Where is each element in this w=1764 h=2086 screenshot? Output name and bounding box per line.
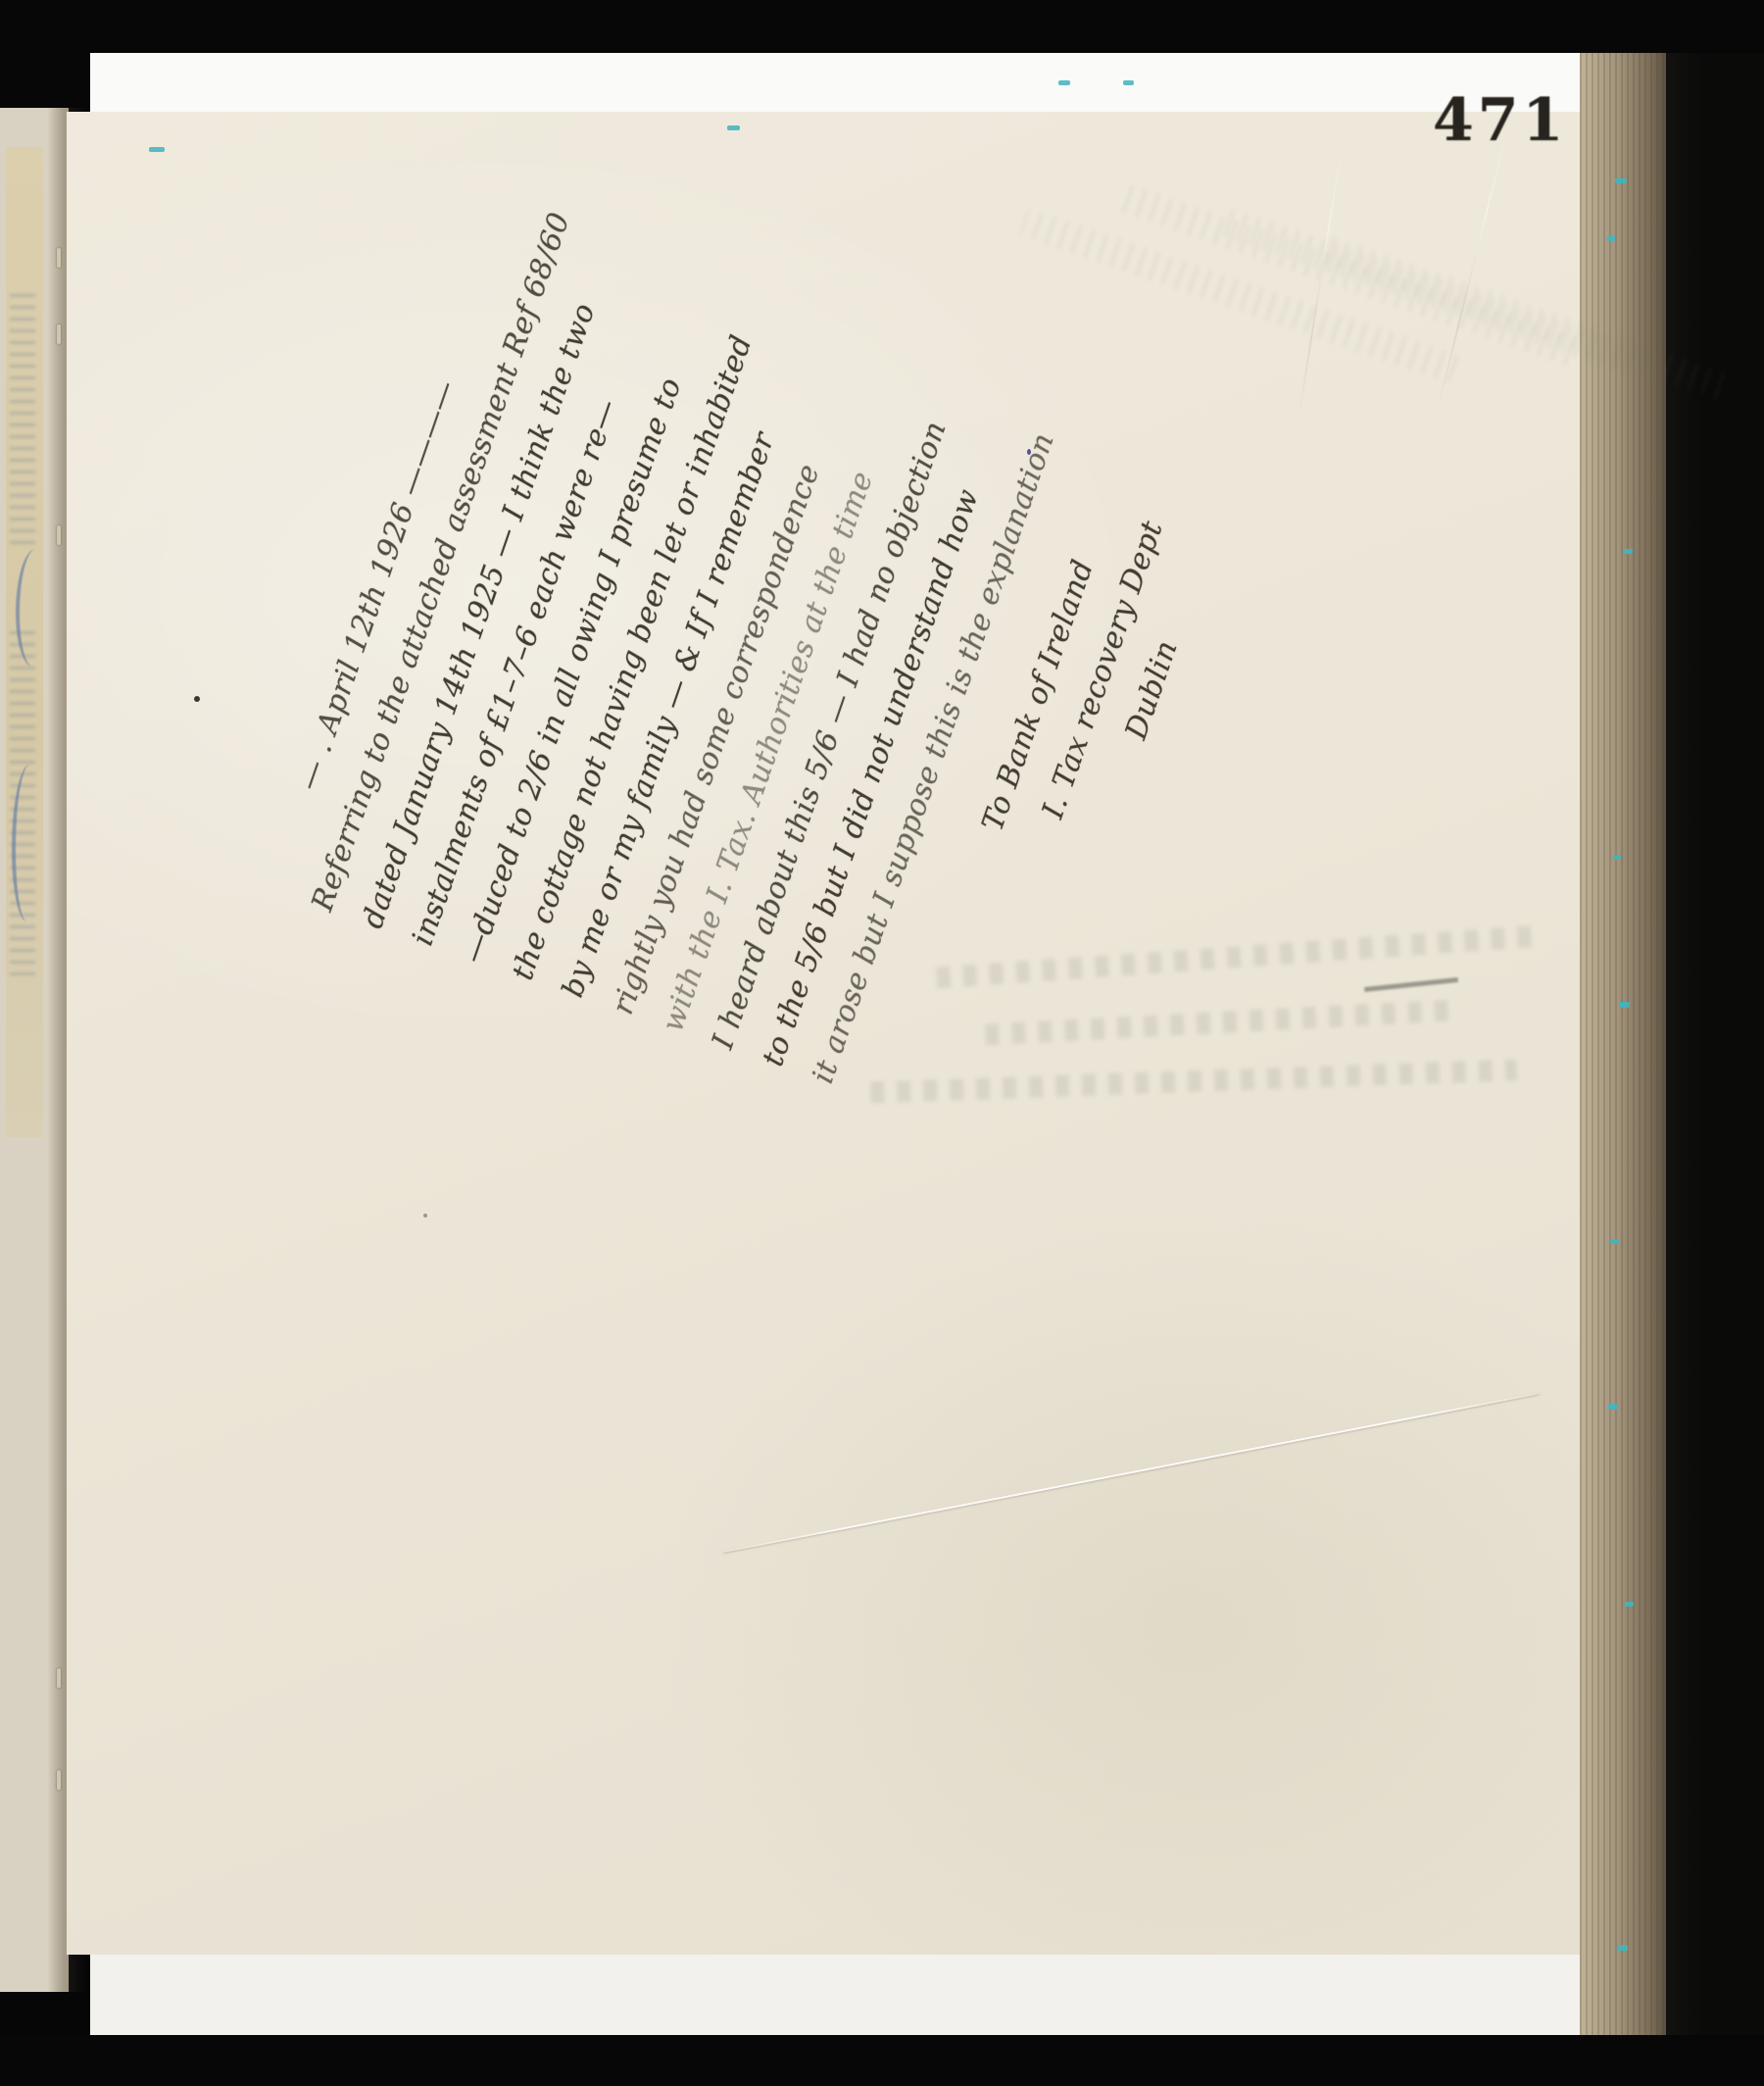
page-number: 471	[1433, 86, 1590, 155]
cyan-speck	[1623, 549, 1633, 554]
binding-stitch	[57, 248, 61, 268]
cyan-speck	[1610, 1239, 1619, 1244]
cyan-speck	[1617, 1945, 1628, 1951]
binding-stitch	[57, 525, 61, 545]
black-corner-top-left	[0, 0, 90, 114]
blue-ink-mark	[12, 765, 45, 921]
cyan-edge-mark	[149, 147, 165, 152]
cyan-edge-mark	[727, 125, 740, 130]
cyan-edge-mark	[1123, 80, 1134, 85]
black-margin-top	[0, 0, 1764, 53]
black-margin-bottom	[0, 2035, 1764, 2086]
cyan-speck	[1625, 1602, 1634, 1607]
scanned-book-page: 471 — . April 12th 1926 ———— Referring t…	[0, 0, 1764, 2086]
cyan-edge-mark	[1058, 80, 1070, 85]
book-cover-right	[1663, 0, 1764, 2086]
binding-stitch	[57, 324, 61, 344]
ink-speck	[423, 1214, 427, 1217]
cyan-speck	[1619, 1002, 1630, 1008]
faded-stamp-text	[10, 294, 35, 549]
binding-stitch	[57, 1668, 61, 1688]
cyan-speck	[1613, 855, 1621, 860]
binding-stitch	[57, 1770, 61, 1790]
ink-speck	[194, 696, 200, 702]
cyan-speck	[1615, 178, 1627, 183]
cyan-speck	[1608, 1404, 1618, 1410]
cyan-speck	[1607, 235, 1615, 241]
